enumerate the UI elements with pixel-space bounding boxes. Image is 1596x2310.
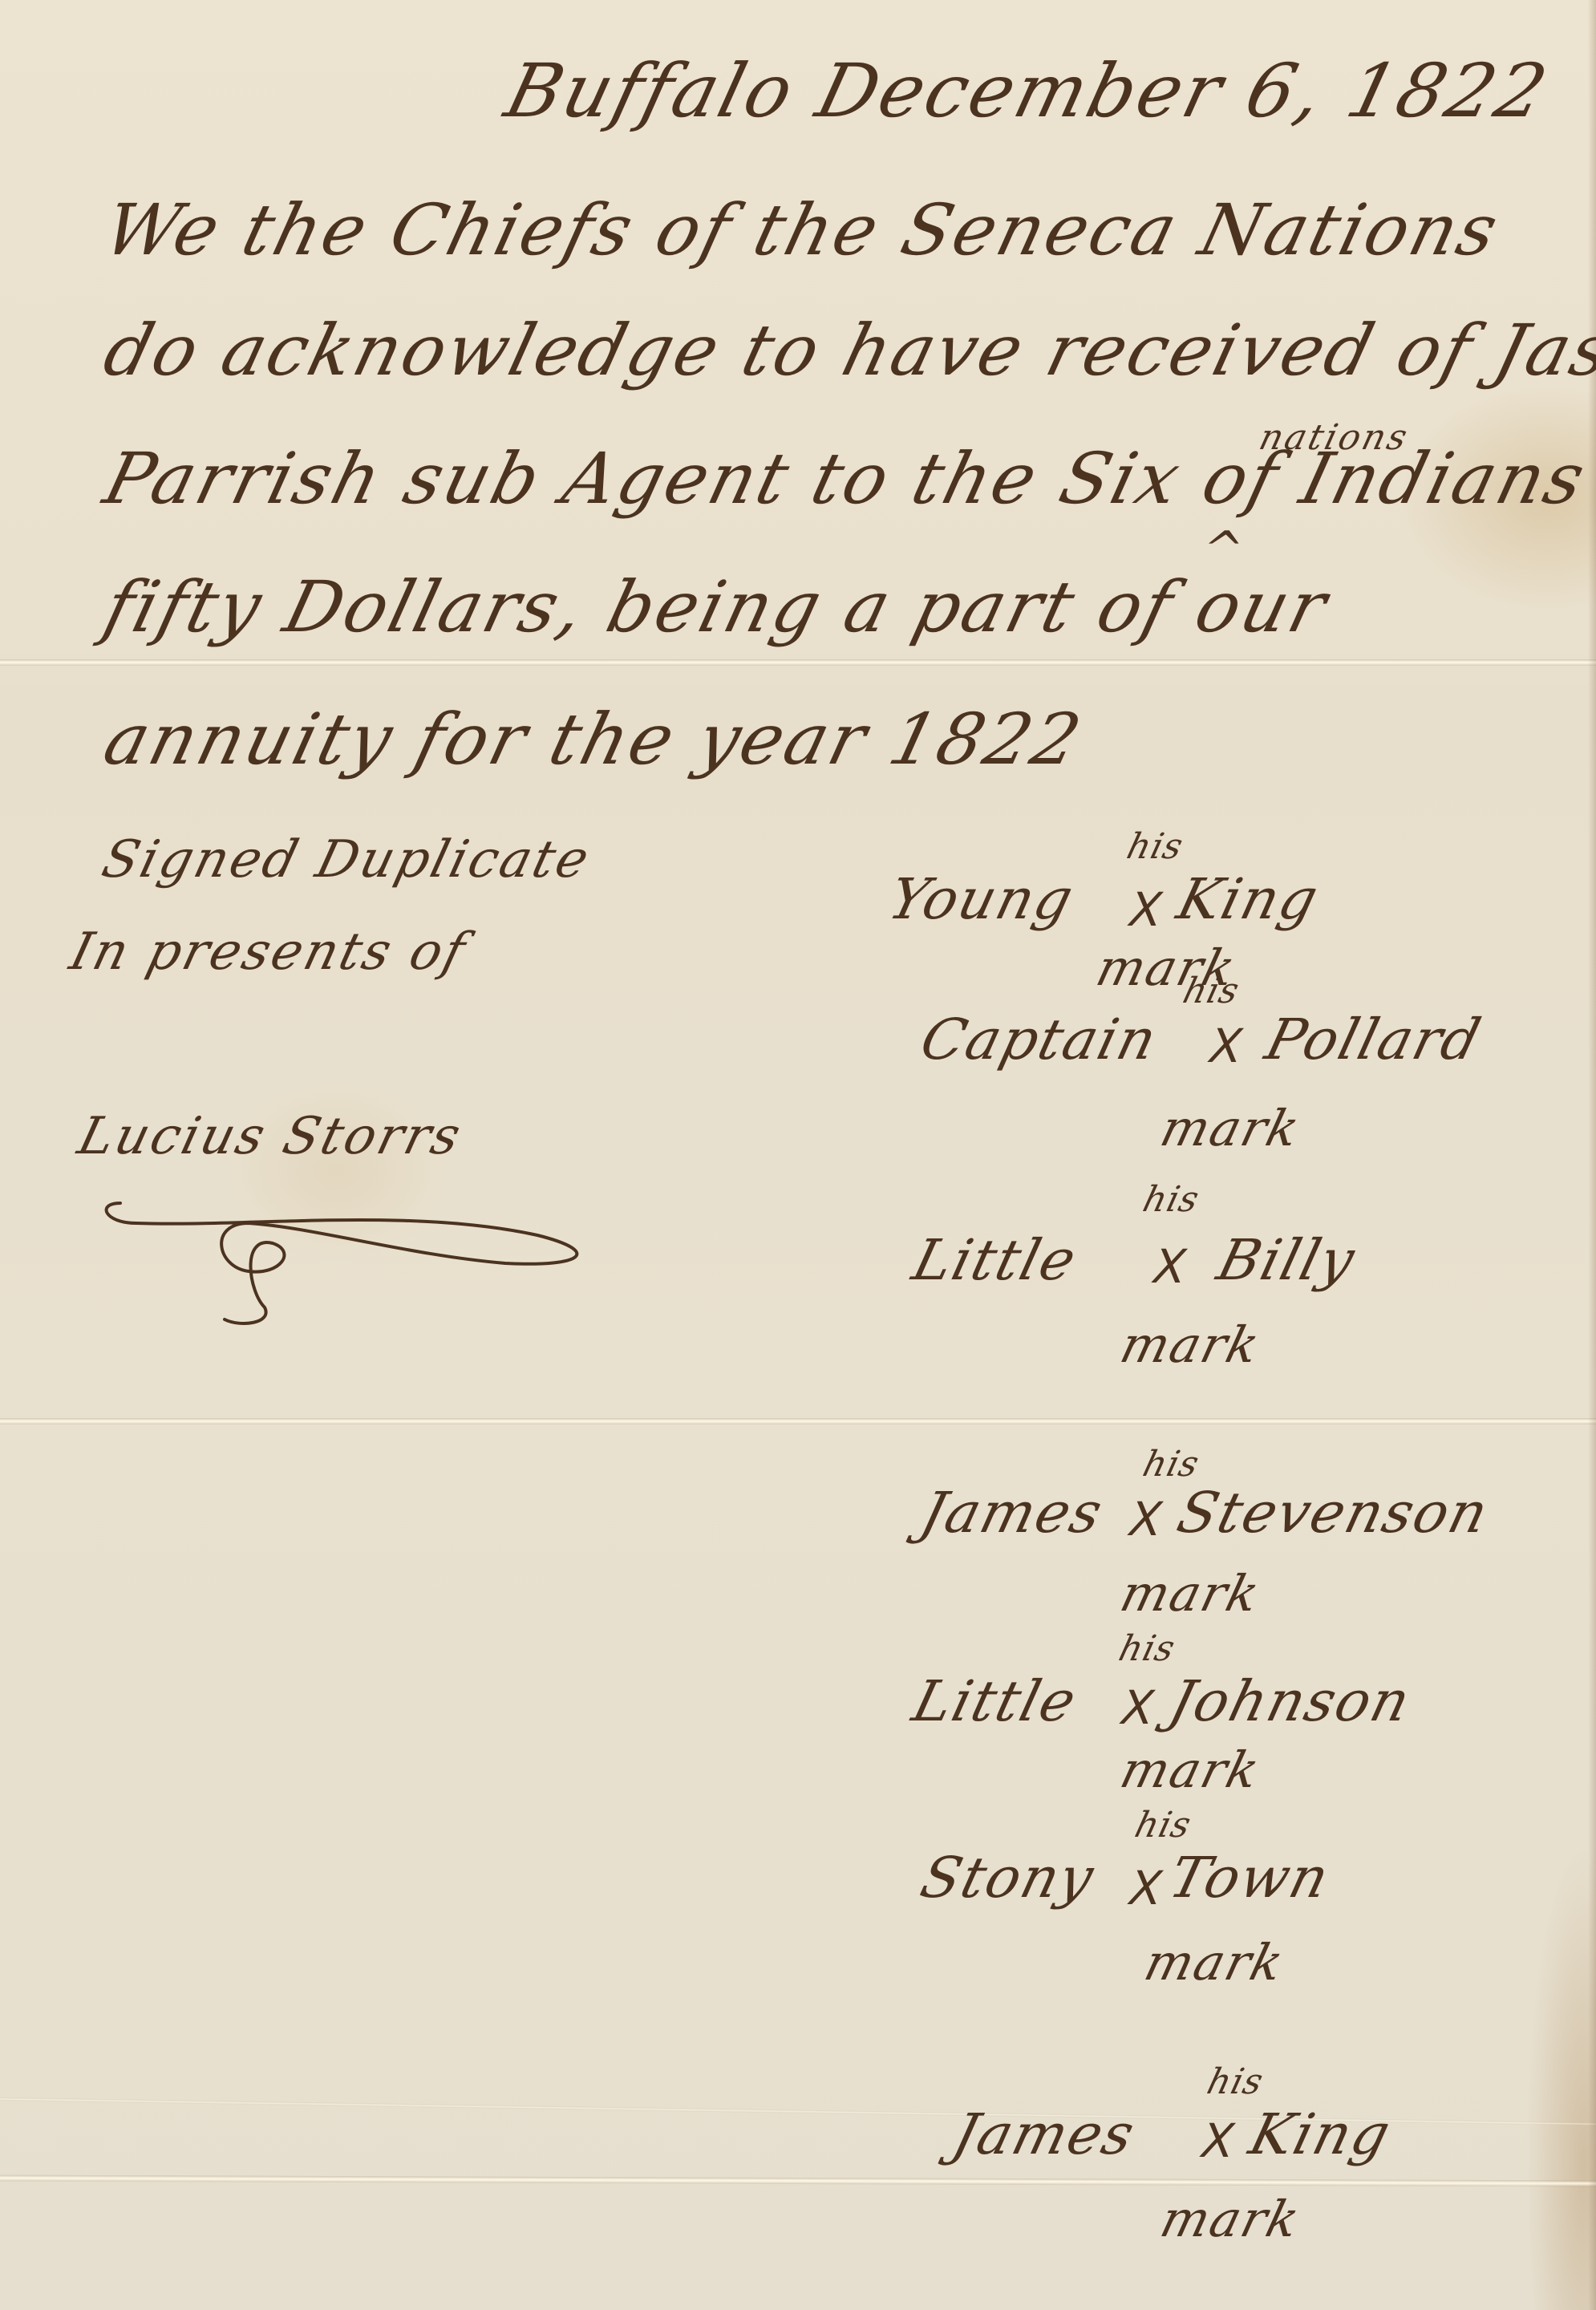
his-label: his <box>1203 2061 1268 2102</box>
attestation-line-2: In presents of <box>64 922 473 982</box>
mark-label: mark <box>1155 2190 1306 2248</box>
place-date-heading: Buffalo December 6, 1822 <box>497 48 1558 134</box>
mark-label: mark <box>1155 1099 1306 1157</box>
witness-signature: Lucius Storrs <box>72 1107 468 1166</box>
body-line-3: Parrish sub Agent to the Six of Indians <box>96 437 1595 520</box>
signatory-first-name: Little <box>906 1668 1084 1734</box>
fold-line-upper <box>0 659 1596 666</box>
signatory-first-name: Young <box>882 866 1081 932</box>
mark-x: X <box>1123 882 1171 937</box>
mark-x: X <box>1115 1680 1163 1735</box>
his-label: his <box>1115 1628 1180 1669</box>
mark-label: mark <box>1115 1315 1266 1374</box>
signatory-first-name: James <box>914 1480 1110 1546</box>
signatory-last-name: Johnson <box>1163 1668 1418 1734</box>
his-label: his <box>1131 1805 1196 1846</box>
signatory-first-name: James <box>946 2101 1142 2167</box>
his-label: his <box>1179 971 1244 1011</box>
fold-line-middle <box>0 1418 1596 1424</box>
signatory-last-name: King <box>1243 2101 1398 2167</box>
signatory-first-name: Captain <box>914 1007 1165 1072</box>
his-label: his <box>1139 1179 1204 1220</box>
signatory-last-name: Pollard <box>1259 1007 1489 1072</box>
attestation-line-1: Signed Duplicate <box>96 830 597 890</box>
signature-flourish-icon <box>88 1179 610 1339</box>
signatory-last-name: Town <box>1163 1845 1337 1911</box>
body-line-4: fifty Dollars, being a part of our <box>96 565 1337 648</box>
mark-label: mark <box>1139 1933 1290 1992</box>
body-line-5: annuity for the year 1822 <box>96 698 1091 780</box>
mark-x: X <box>1195 2113 1243 2168</box>
mark-label: mark <box>1115 1741 1266 1799</box>
mark-x: X <box>1147 1239 1195 1294</box>
mark-x: X <box>1123 1492 1171 1546</box>
signatory-first-name: Stony <box>914 1845 1101 1911</box>
document-page: Buffalo December 6, 1822 We the Chiefs o… <box>0 0 1596 2310</box>
signatory-last-name: King <box>1171 866 1326 932</box>
signatory-first-name: Little <box>906 1227 1084 1293</box>
mark-x: X <box>1203 1019 1251 1073</box>
signatory-last-name: Stevenson <box>1171 1480 1496 1546</box>
signatory-last-name: Billy <box>1211 1227 1363 1293</box>
mark-label: mark <box>1115 1564 1266 1623</box>
his-label: his <box>1139 1444 1204 1485</box>
body-line-2: do acknowledge to have received of Jaspe… <box>96 309 1596 391</box>
body-line-1: We the Chiefs of the Seneca Nations <box>96 188 1508 271</box>
his-label: his <box>1123 826 1188 867</box>
fold-line-lower <box>0 2175 1596 2187</box>
